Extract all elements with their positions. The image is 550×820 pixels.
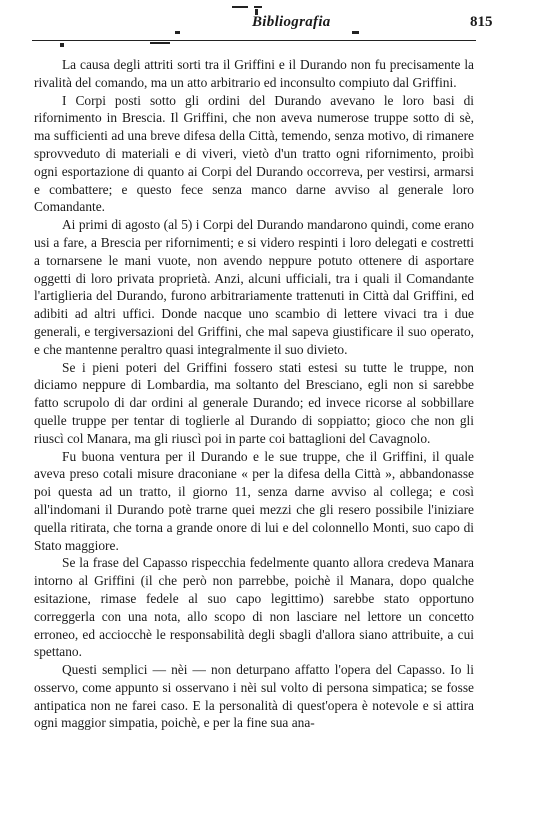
- paragraph: Fu buona ventura per il Durando e le sue…: [34, 448, 474, 555]
- paragraph: Questi semplici — nèi — non deturpano af…: [34, 661, 474, 732]
- paragraph: Ai primi di agosto (al 5) i Corpi del Du…: [34, 216, 474, 358]
- scan-speck: [254, 6, 262, 8]
- paragraph: La causa degli attriti sorti tra il Grif…: [34, 56, 474, 92]
- paragraph: Se la frase del Capasso rispecchia fedel…: [34, 554, 474, 661]
- scan-speck: [150, 42, 170, 44]
- page-header: Bibliografia 815: [34, 12, 474, 38]
- paragraph: I Corpi posti sotto gli ordini del Duran…: [34, 92, 474, 217]
- scan-speck: [255, 9, 258, 15]
- page-number: 815: [470, 14, 493, 31]
- scan-speck: [60, 43, 64, 47]
- scan-speck: [352, 31, 359, 34]
- scan-speck: [175, 31, 180, 34]
- paragraph: Se i pieni poteri del Griffini fossero s…: [34, 359, 474, 448]
- running-head: Bibliografia: [252, 14, 331, 31]
- scan-speck: [232, 6, 248, 8]
- header-rule: [32, 40, 476, 41]
- scanned-book-page: Bibliografia 815 La causa degli attriti …: [0, 0, 550, 820]
- body-text: La causa degli attriti sorti tra il Grif…: [34, 56, 474, 732]
